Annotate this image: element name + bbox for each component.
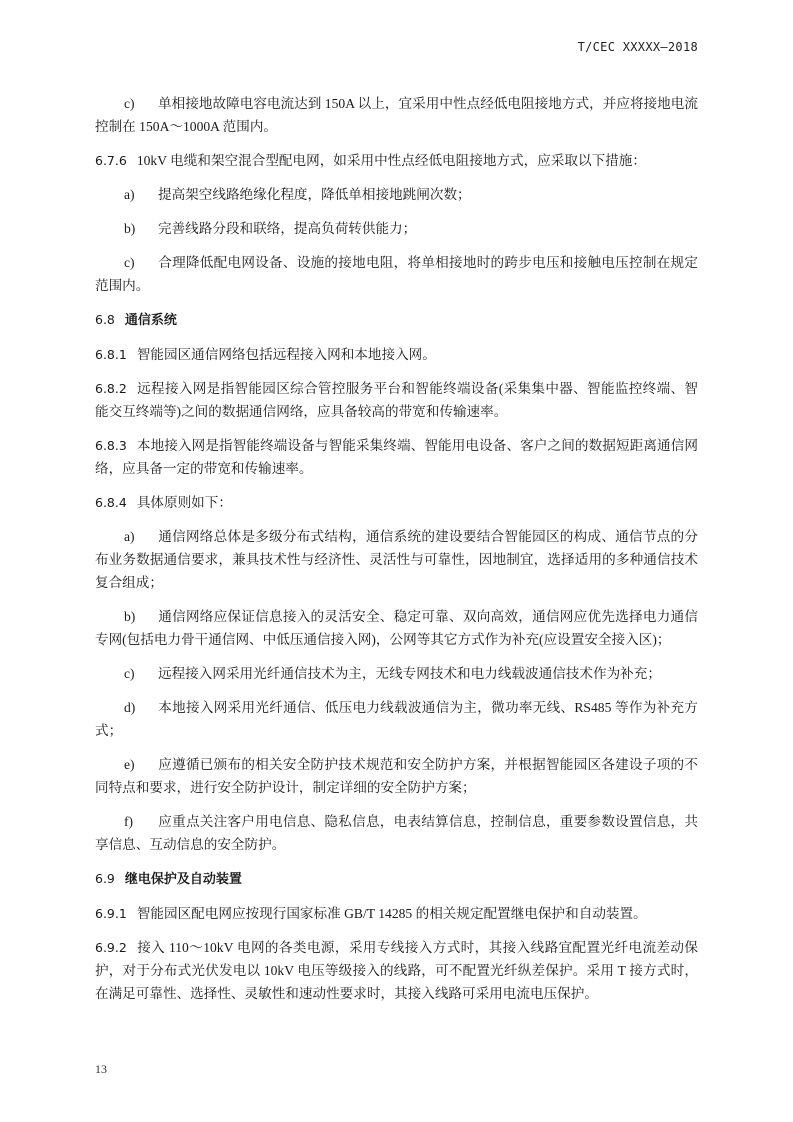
clause-text: 智能园区配电网应按现行国家标准 GB/T 14285 的相关规定配置继电保护和自… bbox=[137, 906, 647, 921]
clause-number: 6.8.1 bbox=[95, 347, 127, 362]
item-text: 单相接地故障电容电流达到 150A 以上，宜采用中性点经低电阻接地方式，并应将接… bbox=[95, 96, 698, 134]
section-heading-6-8: 6.8通信系统 bbox=[95, 308, 698, 332]
item-text: 通信网络总体是多级分布式结构，通信系统的建设要结合智能园区的构成、通信节点的分布… bbox=[95, 529, 698, 590]
list-item-c: c)合理降低配电网设备、设施的接地电阻，将单相接地时的跨步电压和接触电压控制在规… bbox=[95, 251, 698, 297]
clause-6-9-1: 6.9.1智能园区配电网应按现行国家标准 GB/T 14285 的相关规定配置继… bbox=[95, 902, 698, 925]
item-text: 本地接入网采用光纤通信、低压电力线载波通信为主，微功率无线、RS485 等作为补… bbox=[95, 700, 698, 738]
clause-number: 6.8.4 bbox=[95, 495, 127, 510]
clause-number: 6.7.6 bbox=[95, 153, 127, 168]
clause-6-9-2: 6.9.2接入 110～10kV 电网的各类电源，采用专线接入方式时，其接入线路… bbox=[95, 936, 698, 1005]
clause-number: 6.9.2 bbox=[95, 940, 127, 955]
clause-text: 智能园区通信网络包括远程接入网和本地接入网。 bbox=[137, 347, 436, 362]
clause-number: 6.8.3 bbox=[95, 438, 127, 453]
clause-text: 具体原则如下： bbox=[137, 495, 232, 510]
clause-6-8-3: 6.8.3本地接入网是指智能终端设备与智能采集终端、智能用电设备、客户之间的数据… bbox=[95, 434, 698, 480]
section-title: 通信系统 bbox=[125, 313, 177, 328]
list-item-e: e)应遵循已颁布的相关安全防护技术规范和安全防护方案，并根据智能园区各建设子项的… bbox=[95, 753, 698, 799]
item-label: e) bbox=[124, 753, 158, 776]
item-text: 提高架空线路绝缘化程度，降低单相接地跳闸次数； bbox=[158, 187, 471, 202]
list-item-d: d)本地接入网采用光纤通信、低压电力线载波通信为主，微功率无线、RS485 等作… bbox=[95, 696, 698, 742]
clause-6-8-2: 6.8.2远程接入网是指智能园区综合管控服务平台和智能终端设备(采集集中器、智能… bbox=[95, 377, 698, 423]
item-label: a) bbox=[124, 183, 158, 206]
page-number: 13 bbox=[95, 1062, 107, 1077]
list-item-f: f)应重点关注客户用电信息、隐私信息，电表结算信息，控制信息，重要参数设置信息，… bbox=[95, 810, 698, 856]
section-number: 6.9 bbox=[95, 871, 115, 886]
list-item-b: b)完善线路分段和联络，提高负荷转供能力； bbox=[95, 217, 698, 240]
clause-number: 6.9.1 bbox=[95, 906, 127, 921]
clause-6-7-6: 6.7.610kV 电缆和架空混合型配电网，如采用中性点经低电阻接地方式，应采取… bbox=[95, 149, 698, 172]
clause-text: 10kV 电缆和架空混合型配电网，如采用中性点经低电阻接地方式，应采取以下措施： bbox=[137, 153, 646, 168]
item-text: 完善线路分段和联络，提高负荷转供能力； bbox=[158, 221, 416, 236]
clause-text: 远程接入网是指智能园区综合管控服务平台和智能终端设备(采集集中器、智能监控终端、… bbox=[95, 381, 698, 419]
item-label: c) bbox=[124, 251, 158, 274]
item-label: c) bbox=[124, 662, 158, 685]
list-item-a: a)提高架空线路绝缘化程度，降低单相接地跳闸次数； bbox=[95, 183, 698, 206]
clause-text: 本地接入网是指智能终端设备与智能采集终端、智能用电设备、客户之间的数据短距离通信… bbox=[95, 438, 698, 476]
item-text: 远程接入网采用光纤通信技术为主，无线专网技术和电力线载波通信技术作为补充； bbox=[158, 666, 661, 681]
item-label: c) bbox=[124, 92, 158, 115]
item-label: b) bbox=[124, 605, 158, 628]
item-label: a) bbox=[124, 525, 158, 548]
clause-number: 6.8.2 bbox=[95, 381, 127, 396]
item-label: d) bbox=[124, 696, 158, 719]
item-label: b) bbox=[124, 217, 158, 240]
item-label: f) bbox=[124, 810, 158, 833]
clause-6-8-4: 6.8.4具体原则如下： bbox=[95, 491, 698, 514]
item-text: 合理降低配电网设备、设施的接地电阻，将单相接地时的跨步电压和接触电压控制在规定范… bbox=[95, 255, 698, 293]
list-item-c: c)远程接入网采用光纤通信技术为主，无线专网技术和电力线载波通信技术作为补充； bbox=[95, 662, 698, 685]
list-item-c-grounding-current: c)单相接地故障电容电流达到 150A 以上，宜采用中性点经低电阻接地方式，并应… bbox=[95, 92, 698, 138]
document-code-header: T/CEC XXXXX—2018 bbox=[578, 40, 698, 54]
section-heading-6-9: 6.9继电保护及自动装置 bbox=[95, 867, 698, 891]
list-item-a: a)通信网络总体是多级分布式结构，通信系统的建设要结合智能园区的构成、通信节点的… bbox=[95, 525, 698, 594]
clause-6-8-1: 6.8.1智能园区通信网络包括远程接入网和本地接入网。 bbox=[95, 343, 698, 366]
list-item-b: b)通信网络应保证信息接入的灵活安全、稳定可靠、双向高效，通信网应优先选择电力通… bbox=[95, 605, 698, 651]
document-body: c)单相接地故障电容电流达到 150A 以上，宜采用中性点经低电阻接地方式，并应… bbox=[95, 92, 698, 1016]
item-text: 应重点关注客户用电信息、隐私信息，电表结算信息，控制信息，重要参数设置信息，共享… bbox=[95, 814, 698, 852]
clause-text: 接入 110～10kV 电网的各类电源，采用专线接入方式时，其接入线路宜配置光纤… bbox=[95, 940, 698, 1001]
item-text: 通信网络应保证信息接入的灵活安全、稳定可靠、双向高效，通信网应优先选择电力通信专… bbox=[95, 609, 698, 647]
section-title: 继电保护及自动装置 bbox=[125, 872, 242, 887]
item-text: 应遵循已颁布的相关安全防护技术规范和安全防护方案，并根据智能园区各建设子项的不同… bbox=[95, 757, 698, 795]
section-number: 6.8 bbox=[95, 312, 115, 327]
